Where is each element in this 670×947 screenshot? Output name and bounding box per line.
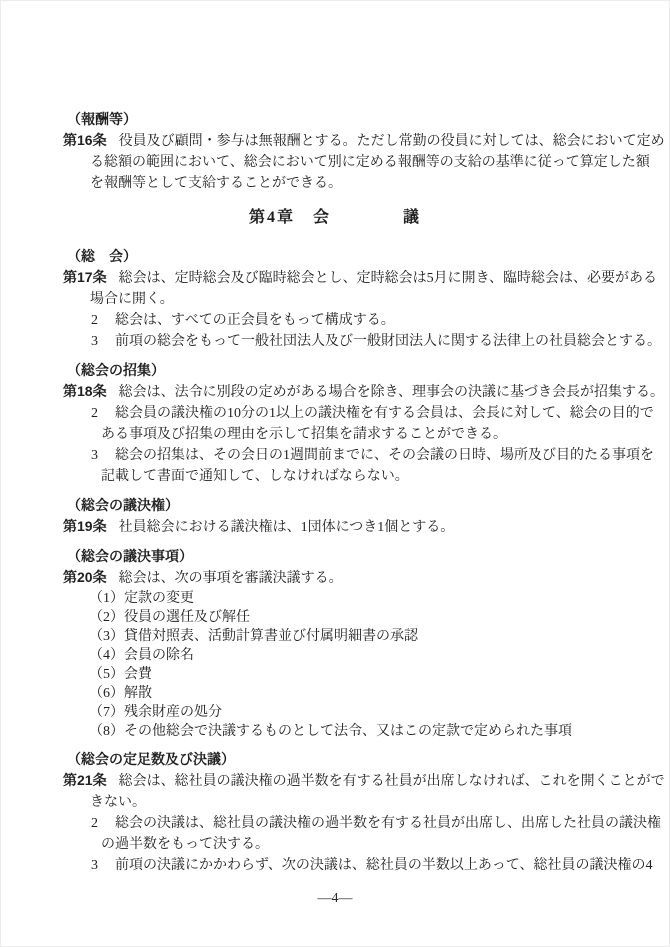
article-number: 第19条	[63, 518, 107, 534]
article-number: 第16条	[63, 132, 107, 148]
article-number: 第21条	[63, 772, 107, 788]
section-label: （総会の招集）	[63, 360, 649, 381]
section-label: （総会の定足数及び決議）	[63, 749, 649, 770]
sub-item-number: 2	[91, 310, 115, 331]
sub-item-number: 3	[91, 331, 115, 352]
chapter-heading: 第4章 会 議	[1, 206, 669, 230]
page-footer: ―4―	[1, 888, 669, 909]
list-item: （4）会員の除名	[63, 646, 649, 665]
list-item: （6）解散	[63, 684, 649, 703]
article-text-line: る総額の範囲において、総会において別に定める報酬等の支給の基準に従って算定した額	[63, 152, 649, 173]
article-number: 第20条	[63, 569, 107, 585]
article-line: 第21条総会は、総社員の議決権の過半数を有する社員が出席しなければ、これを開くこ…	[63, 770, 649, 792]
sub-item-number: 3	[91, 445, 115, 466]
page-number: ―4―	[318, 891, 353, 906]
sub-item-line: 2総会の決議は、総社員の議決権の過半数を有する社員が出席し、出席した社員の議決権	[63, 813, 649, 834]
sub-item-line: 2総会員の議決権の10分の1以上の議決権を有する会員は、会長に対して、総会の目的…	[63, 403, 649, 424]
list-item: （5）会費	[63, 665, 649, 684]
document-content: （報酬等）第16条役員及び顧問・参与は無報酬とする。ただし常勤の役員に対しては、…	[1, 1, 669, 876]
list-item: （1）定款の変更	[63, 589, 649, 608]
sub-item-text: 総会の招集は、その会日の1週間前までに、その会議の日時、場所及び目的たる事項を	[115, 448, 654, 463]
section-label: （報酬等）	[63, 109, 649, 130]
sub-item-number: 2	[91, 813, 115, 834]
sub-item-text: 総会員の議決権の10分の1以上の議決権を有する会員は、会長に対して、総会の目的で	[115, 406, 654, 421]
list-item: （8）その他総会で決議するものとして法令、又はこの定款で定められた事項	[63, 722, 649, 741]
sub-item-text: 総会の決議は、総社員の議決権の過半数を有する社員が出席し、出席した社員の議決権	[115, 816, 661, 831]
article-text-line: 場合に開く。	[63, 289, 649, 310]
list-item: （3）貸借対照表、活動計算書並び付属明細書の承認	[63, 627, 649, 646]
article-text: 総会は、法令に別段の定めがある場合を除き、理事会の決議に基づき会長が招集する。	[119, 385, 664, 400]
sub-item-text-line: 記載して書面で通知して、しなければならない。	[63, 466, 649, 487]
sub-item-line: 2総会は、すべての正会員をもって構成する。	[63, 310, 649, 331]
list-item: （2）役員の選任及び解任	[63, 608, 649, 627]
article-text: 総会は、定時総会及び臨時総会とし、定時総会は5月に開き、臨時総会は、必要がある	[119, 271, 657, 286]
article-line: 第16条役員及び顧問・参与は無報酬とする。ただし常勤の役員に対しては、総会におい…	[63, 130, 649, 152]
sub-item-number: 2	[91, 403, 115, 424]
article-number: 第18条	[63, 383, 107, 399]
article-text-line: きない。	[63, 792, 649, 813]
article-text: 社員総会における議決権は、1団体につき1個とする。	[119, 520, 455, 535]
article-text-line: を報酬等として支給することができる。	[63, 173, 649, 194]
sub-item-line: 3前項の決議にかかわらず、次の決議は、総社員の半数以上あって、総社員の議決権の4	[63, 855, 649, 876]
list-item: （7）残余財産の処分	[63, 703, 649, 722]
article-line: 第18条総会は、法令に別段の定めがある場合を除き、理事会の決議に基づき会長が招集…	[63, 381, 649, 403]
sub-item-text: 総会は、すべての正会員をもって構成する。	[115, 313, 395, 328]
article-text: 総会は、次の事項を審議決議する。	[119, 571, 343, 586]
sub-item-text-line: ある事項及び招集の理由を示して招集を請求することができる。	[63, 424, 649, 445]
sub-item-text: 前項の総会をもって一般社団法人及び一般財団法人に関する法律上の社員総会とする。	[115, 334, 661, 349]
sub-item-line: 3前項の総会をもって一般社団法人及び一般財団法人に関する法律上の社員総会とする。	[63, 331, 649, 352]
section-label: （総会の議決権）	[63, 495, 649, 516]
article-line: 第19条社員総会における議決権は、1団体につき1個とする。	[63, 516, 649, 538]
article-line: 第20条総会は、次の事項を審議決議する。	[63, 567, 649, 589]
section-label: （総 会）	[63, 246, 649, 267]
article-number: 第17条	[63, 269, 107, 285]
article-line: 第17条総会は、定時総会及び臨時総会とし、定時総会は5月に開き、臨時総会は、必要…	[63, 267, 649, 289]
sub-item-text: 前項の決議にかかわらず、次の決議は、総社員の半数以上あって、総社員の議決権の4	[115, 858, 652, 873]
sub-item-text-line: の過半数をもって決する。	[63, 834, 649, 855]
sub-item-line: 3総会の招集は、その会日の1週間前までに、その会議の日時、場所及び目的たる事項を	[63, 445, 649, 466]
section-label: （総会の議決事項）	[63, 546, 649, 567]
sub-item-number: 3	[91, 855, 115, 876]
article-text: 総会は、総社員の議決権の過半数を有する社員が出席しなければ、これを開くことがで	[119, 774, 665, 789]
document-page: （報酬等）第16条役員及び顧問・参与は無報酬とする。ただし常勤の役員に対しては、…	[0, 0, 670, 947]
article-text: 役員及び顧問・参与は無報酬とする。ただし常勤の役員に対しては、総会において定め	[119, 134, 665, 149]
